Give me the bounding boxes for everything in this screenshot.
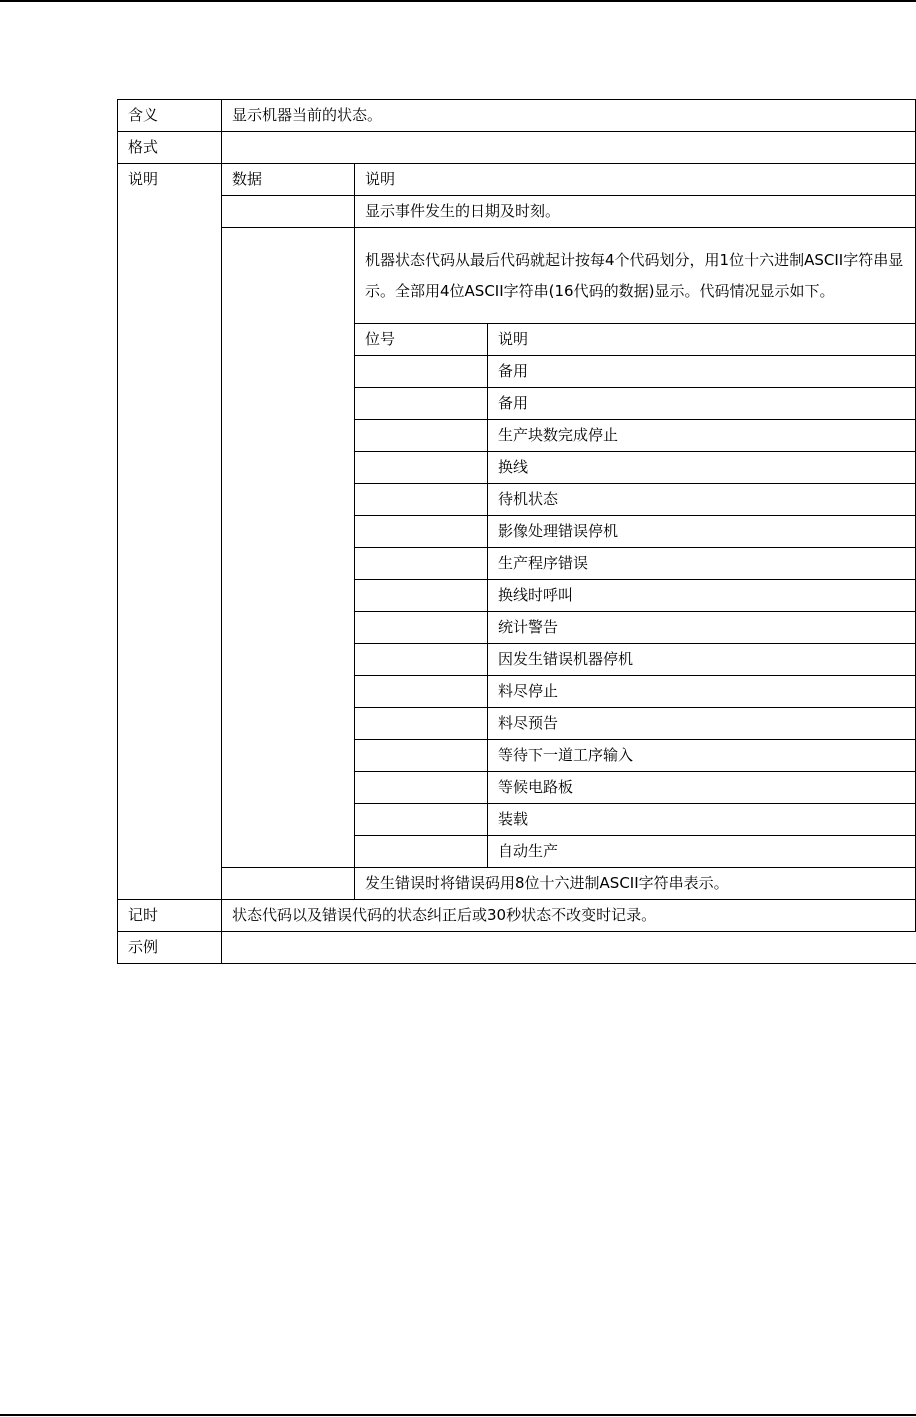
label-example: 示例 — [118, 932, 222, 964]
value-example — [222, 932, 916, 964]
row-description-header: 说明 数据 说明 — [118, 164, 916, 196]
bit-number — [355, 580, 488, 612]
top-rule — [0, 0, 916, 2]
error-code-desc: 发生错误时将错误码用8位十六进制ASCII字符串表示。 — [355, 868, 916, 900]
label-description: 说明 — [118, 164, 222, 900]
bit-desc: 备用 — [488, 356, 916, 388]
header-desc: 说明 — [355, 164, 916, 196]
bit-number — [355, 836, 488, 868]
status-spec-table: 含义 显示机器当前的状态。 格式 说明 数据 说明 显示事件发生的日期及时刻。 … — [117, 99, 916, 964]
datetime-data — [222, 196, 355, 228]
bit-number — [355, 516, 488, 548]
bit-number — [355, 388, 488, 420]
row-format: 格式 — [118, 132, 916, 164]
row-timing: 记时 状态代码以及错误代码的状态纠正后或30秒状态不改变时记录。 — [118, 900, 916, 932]
label-format: 格式 — [118, 132, 222, 164]
datetime-desc: 显示事件发生的日期及时刻。 — [355, 196, 916, 228]
bit-number — [355, 452, 488, 484]
bit-desc: 料尽停止 — [488, 676, 916, 708]
bit-desc: 生产块数完成停止 — [488, 420, 916, 452]
bit-desc: 装载 — [488, 804, 916, 836]
bit-desc: 因发生错误机器停机 — [488, 644, 916, 676]
bit-number — [355, 804, 488, 836]
bits-header-bit: 位号 — [355, 324, 488, 356]
row-example: 示例 — [118, 932, 916, 964]
bit-desc: 等待下一道工序输入 — [488, 740, 916, 772]
bit-number — [355, 612, 488, 644]
bit-desc: 影像处理错误停机 — [488, 516, 916, 548]
row-status-code-text: 机器状态代码从最后代码就起计按每4个代码划分，用1位十六进制ASCII字符串显示… — [118, 228, 916, 324]
bit-desc: 统计警告 — [488, 612, 916, 644]
status-code-desc: 机器状态代码从最后代码就起计按每4个代码划分，用1位十六进制ASCII字符串显示… — [355, 228, 916, 324]
value-meaning: 显示机器当前的状态。 — [222, 100, 916, 132]
value-timing: 状态代码以及错误代码的状态纠正后或30秒状态不改变时记录。 — [222, 900, 916, 932]
bottom-rule — [0, 1414, 916, 1416]
label-meaning: 含义 — [118, 100, 222, 132]
bit-number — [355, 484, 488, 516]
row-datetime: 显示事件发生的日期及时刻。 — [118, 196, 916, 228]
bit-desc: 生产程序错误 — [488, 548, 916, 580]
bit-number — [355, 548, 488, 580]
row-error-code: 发生错误时将错误码用8位十六进制ASCII字符串表示。 — [118, 868, 916, 900]
bit-desc: 换线 — [488, 452, 916, 484]
bit-number — [355, 356, 488, 388]
value-format — [222, 132, 916, 164]
label-timing: 记时 — [118, 900, 222, 932]
bit-desc: 换线时呼叫 — [488, 580, 916, 612]
row-meaning: 含义 显示机器当前的状态。 — [118, 100, 916, 132]
bit-desc: 待机状态 — [488, 484, 916, 516]
bit-number — [355, 740, 488, 772]
header-data: 数据 — [222, 164, 355, 196]
bit-number — [355, 420, 488, 452]
bit-number — [355, 644, 488, 676]
bit-desc: 料尽预告 — [488, 708, 916, 740]
bit-desc: 自动生产 — [488, 836, 916, 868]
bit-number — [355, 676, 488, 708]
status-code-data — [222, 228, 355, 868]
bit-number — [355, 772, 488, 804]
bit-desc: 备用 — [488, 388, 916, 420]
bits-header-desc: 说明 — [488, 324, 916, 356]
bit-desc: 等候电路板 — [488, 772, 916, 804]
error-code-data — [222, 868, 355, 900]
bit-number — [355, 708, 488, 740]
